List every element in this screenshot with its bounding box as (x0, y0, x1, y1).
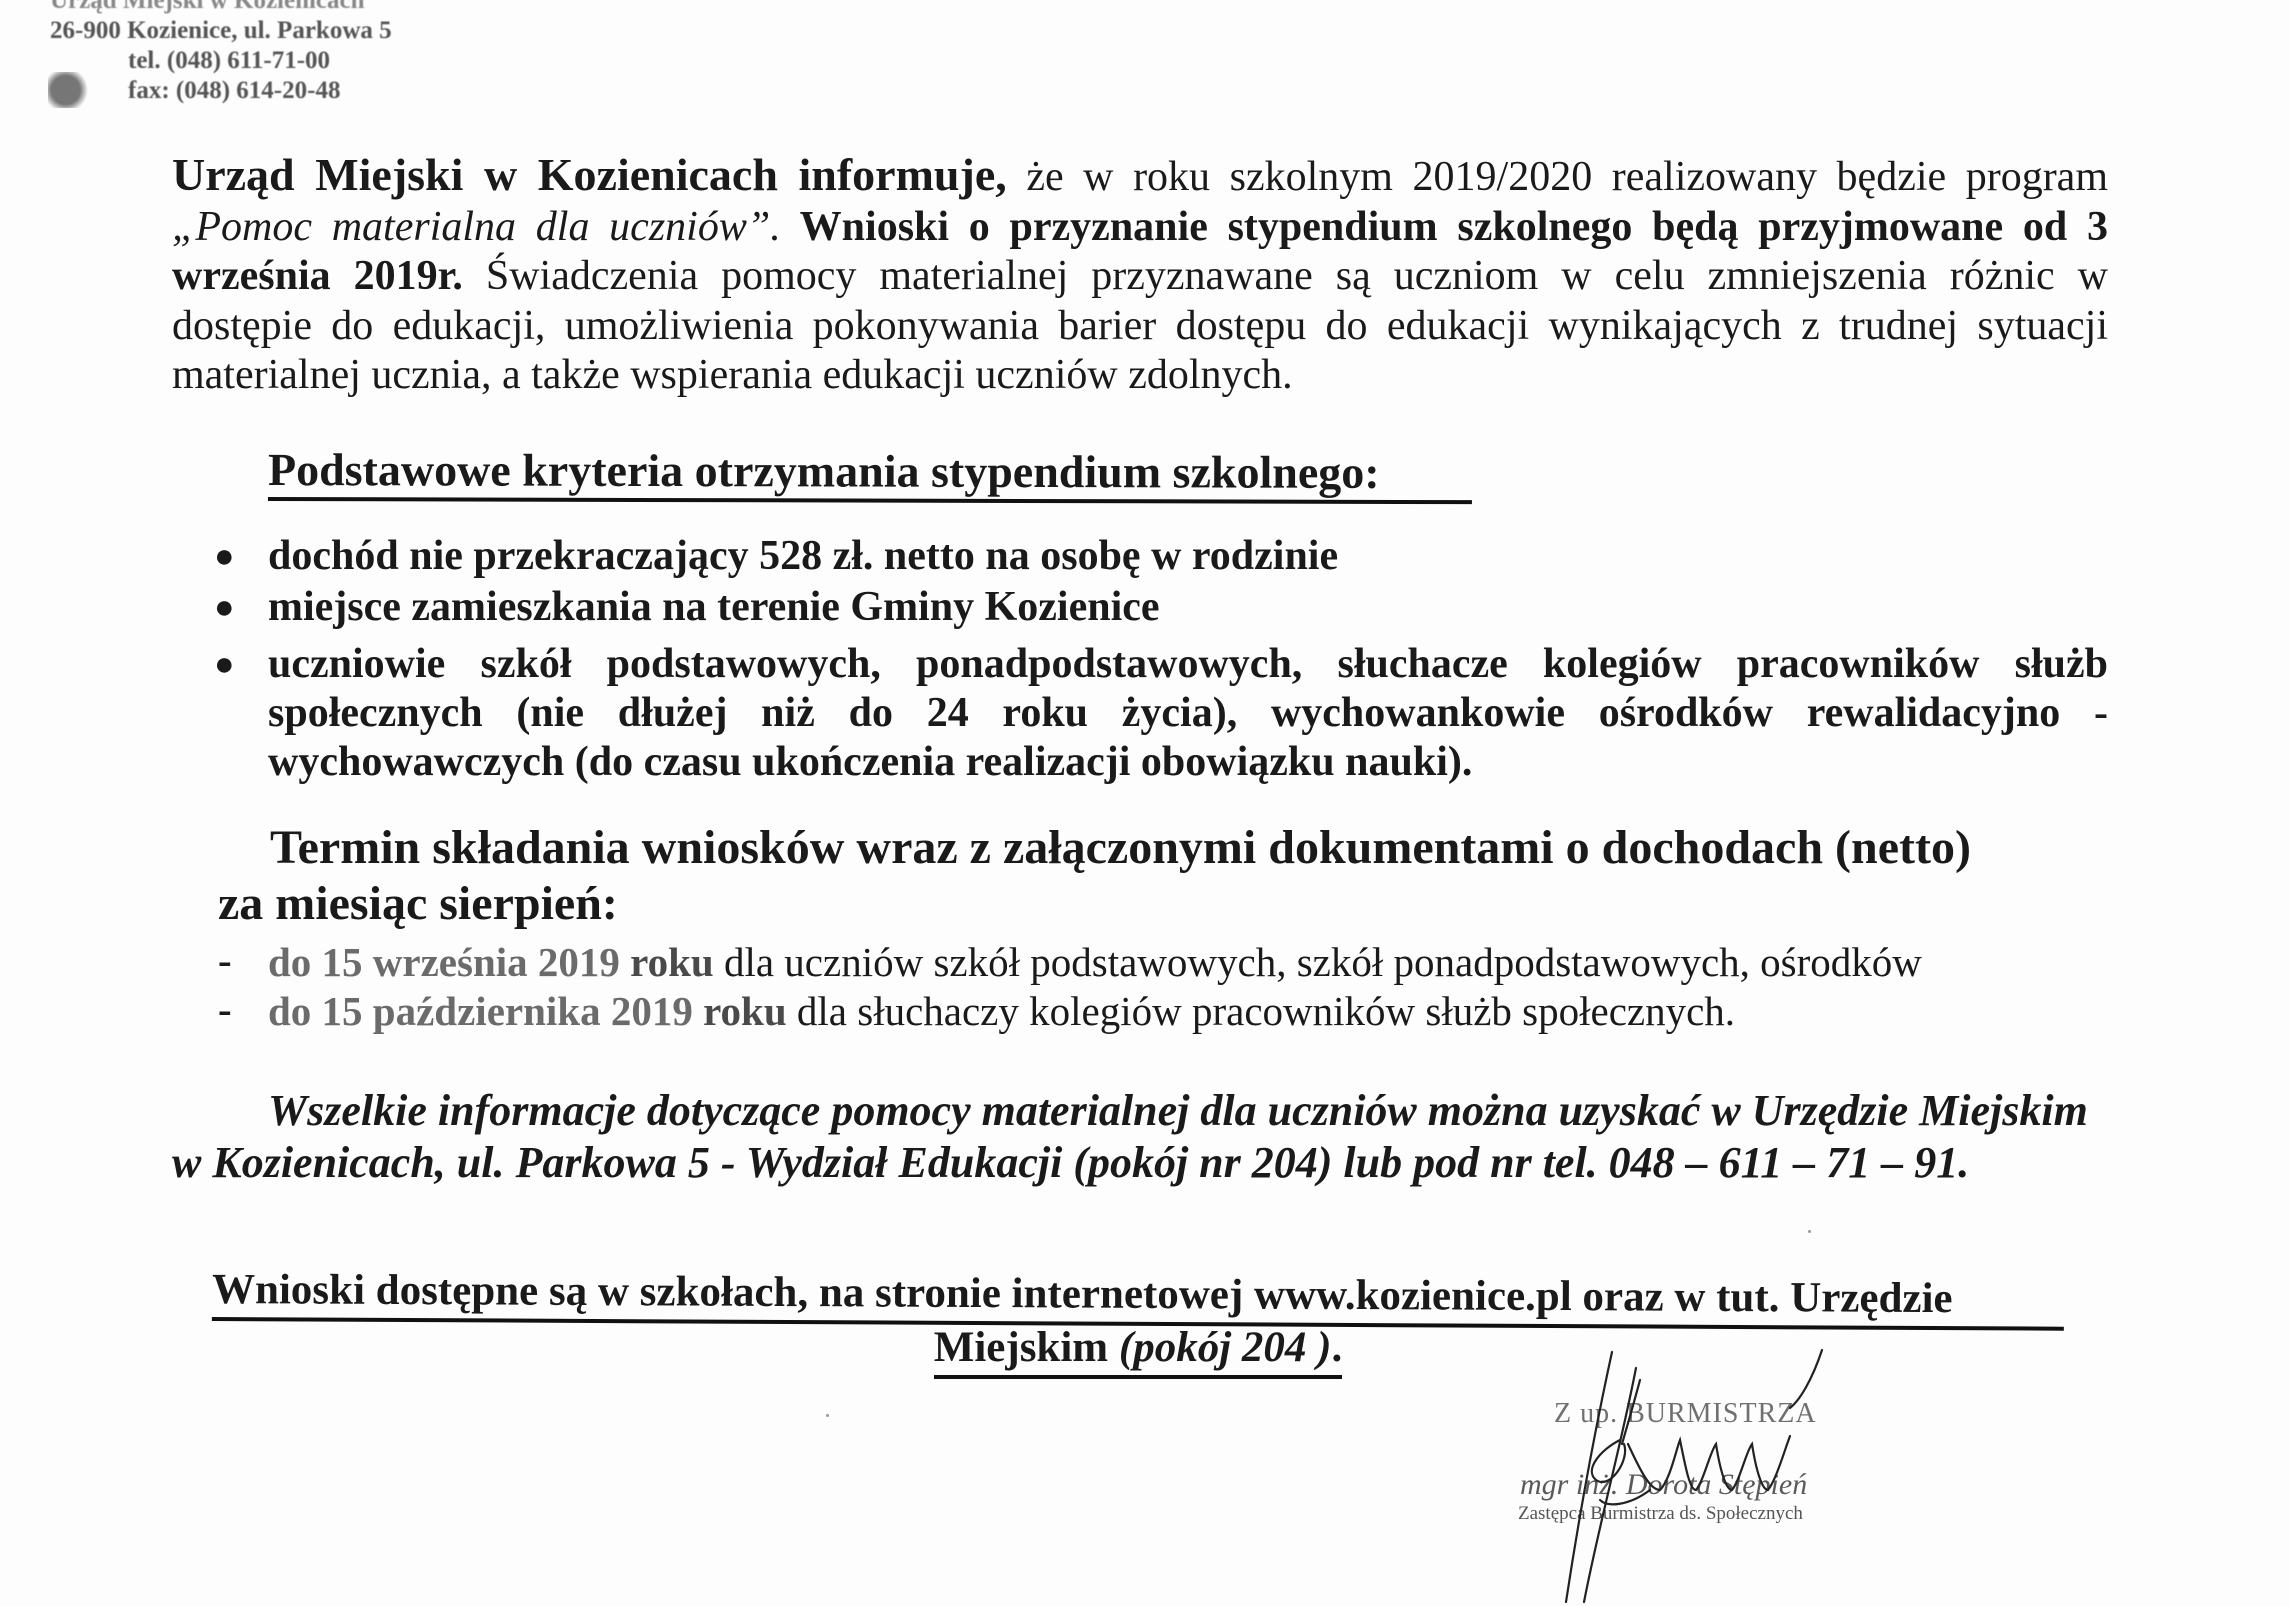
criteria-item: ● dochód nie przekraczający 528 zł. nett… (214, 532, 2108, 581)
deadlines-heading: Termin składania wniosków wraz z załączo… (218, 820, 2118, 932)
criteria-item-text: miejsce zamieszkania na terenie Gminy Ko… (268, 584, 1160, 630)
criteria-item-text: dochód nie przekraczający 528 zł. netto … (268, 533, 1338, 579)
bullet-icon: ● (214, 532, 235, 581)
intro-paragraph: Urząd Miejski w Kozienicach informuje, ż… (172, 150, 2108, 401)
deadline-description: dla słuchaczy kolegiów pracowników służb… (787, 988, 1735, 1034)
stamp-phone: tel. (048) 611-71-00 (128, 46, 392, 76)
deadlines-heading-line-2: za miesiąc sierpień: (218, 877, 618, 930)
deadline-item: - do 15 września 2019 roku dla uczniów s… (214, 938, 2114, 987)
availability-line-2-text: Miejskim (934, 1324, 1119, 1371)
criteria-item: ● miejsce zamieszkania na terenie Gminy … (214, 583, 2108, 632)
office-stamp: Urząd Miejski w Kozienicach 26-900 Kozie… (50, 0, 392, 106)
deadline-date: do 15 października 2019 (268, 988, 693, 1034)
deadlines-list: - do 15 września 2019 roku dla uczniów s… (214, 938, 2114, 1036)
program-name: „Pomoc materialna dla uczniów”. (172, 204, 781, 250)
stamp-fax: fax: (048) 614-20-48 (128, 76, 392, 106)
deadlines-heading-line-1: Termin składania wniosków wraz z załączo… (218, 820, 2118, 876)
stamp-address: 26-900 Kozienice, ul. Parkowa 5 (50, 16, 392, 46)
deadline-date: do 15 września 2019 (268, 939, 620, 985)
availability-line-2: Miejskim (pokój 204 ). (934, 1323, 1342, 1379)
scan-speck (826, 1414, 829, 1417)
handwritten-signature-icon (1500, 1340, 1900, 1606)
criteria-item-text: uczniowie szkół podstawowych, ponadpodst… (268, 641, 2108, 785)
contact-info: Wszelkie informacje dotyczące pomocy mat… (172, 1085, 2112, 1189)
availability-line-1: Wnioski dostępne są w szkołach, na stron… (212, 1265, 2064, 1331)
dash-bullet-icon: - (218, 936, 232, 985)
criteria-item: ● uczniowie szkół podstawowych, ponadpod… (214, 640, 2108, 787)
availability-line-2-end: . (1331, 1324, 1342, 1371)
stamp-office-name: Urząd Miejski w Kozienicach (50, 0, 392, 16)
availability-room: (pokój 204 ) (1119, 1324, 1332, 1371)
intro-text-2: Świadczenia pomocy materialnej przyznawa… (172, 253, 2108, 398)
deadline-item: - do 15 października 2019 roku dla słuch… (214, 987, 2114, 1036)
signature-block: Z up. BURMISTRZA mgr inż. Dorota Stępień… (1500, 1340, 1900, 1606)
contact-line-2: w Kozienicach, ul. Parkowa 5 - Wydział E… (172, 1138, 1969, 1187)
bullet-icon: ● (214, 640, 235, 689)
criteria-heading: Podstawowe kryteria otrzymania stypendiu… (268, 445, 1472, 504)
deadline-date-suffix: roku (693, 988, 787, 1034)
document-page: Urząd Miejski w Kozienicach 26-900 Kozie… (0, 0, 2290, 1606)
dash-bullet-icon: - (218, 985, 232, 1034)
bullet-icon: ● (214, 583, 235, 632)
contact-line-1: Wszelkie informacje dotyczące pomocy mat… (172, 1085, 2112, 1137)
scan-speck (1808, 1230, 1811, 1233)
intro-lead: Urząd Miejski w Kozienicach informuje, (172, 149, 1007, 200)
intro-text-1: że w roku szkolnym 2019/2020 realizowany… (1007, 154, 2108, 200)
deadline-description: dla uczniów szkół podstawowych, szkół po… (714, 939, 1922, 985)
deadline-date-suffix: roku (620, 939, 714, 985)
criteria-list: ● dochód nie przekraczający 528 zł. nett… (214, 532, 2108, 787)
